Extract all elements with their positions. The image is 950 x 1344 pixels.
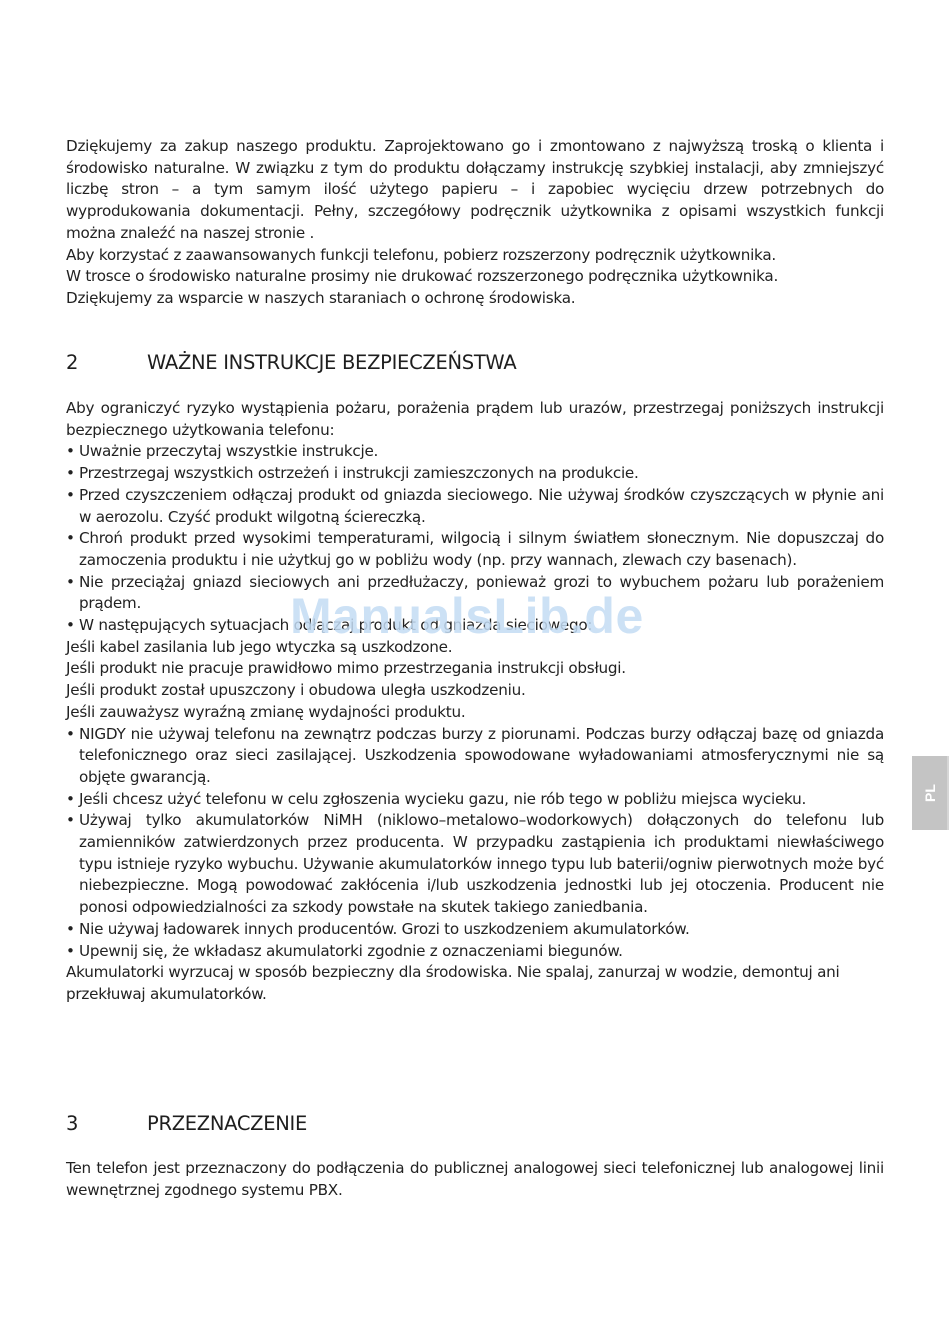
list-item: Przed czyszczeniem odłączaj produkt od g…: [66, 485, 884, 528]
list-item: Nie używaj ładowarek innych producentów.…: [66, 919, 884, 941]
intro-line: Aby korzystać z zaawansowanych funkcji t…: [66, 245, 884, 267]
safety-bullet-list-continued: NIGDY nie używaj telefonu na zewnątrz po…: [66, 724, 884, 963]
intro-paragraph: Dziękujemy za zakup naszego produktu. Za…: [66, 136, 884, 245]
sub-list-item: Jeśli kabel zasilania lub jego wtyczka s…: [66, 637, 884, 659]
list-item: NIGDY nie używaj telefonu na zewnątrz po…: [66, 724, 884, 789]
list-item: Używaj tylko akumulatorków NiMH (niklowo…: [66, 810, 884, 919]
intro-line: Dziękujemy za wsparcie w naszych starani…: [66, 288, 884, 310]
safety-section-body: Aby ograniczyć ryzyko wystąpienia pożaru…: [66, 398, 884, 1006]
purpose-section-body: Ten telefon jest przeznaczony do podłącz…: [66, 1158, 884, 1201]
list-item: W następujących sytuacjach odłączaj prod…: [66, 615, 884, 637]
sub-list-item: Jeśli produkt został upuszczony i obudow…: [66, 680, 884, 702]
sub-list-item: Jeśli zauważysz wyraźną zmianę wydajnośc…: [66, 702, 884, 724]
battery-disposal-note: Akumulatorki wyrzucaj w sposób bezpieczn…: [66, 962, 884, 1005]
section-heading-safety: 2WAŻNE INSTRUKCJE BEZPIECZEŃSTWA: [66, 351, 516, 374]
list-item: Jeśli chcesz użyć telefonu w celu zgłosz…: [66, 789, 884, 811]
safety-lead: Aby ograniczyć ryzyko wystąpienia pożaru…: [66, 398, 884, 441]
safety-bullet-list: Uważnie przeczytaj wszystkie instrukcje.…: [66, 441, 884, 636]
section-number: 3: [66, 1112, 147, 1135]
sub-list-item: Jeśli produkt nie pracuje prawidłowo mim…: [66, 658, 884, 680]
section-title: PRZEZNACZENIE: [147, 1112, 307, 1135]
list-item: Uważnie przeczytaj wszystkie instrukcje.: [66, 441, 884, 463]
section-heading-purpose: 3PRZEZNACZENIE: [66, 1112, 307, 1135]
list-item: Upewnij się, że wkładasz akumulatorki zg…: [66, 941, 884, 963]
intro-line: W trosce o środowisko naturalne prosimy …: [66, 266, 884, 288]
list-item: Chroń produkt przed wysokimi temperatura…: [66, 528, 884, 571]
purpose-paragraph: Ten telefon jest przeznaczony do podłącz…: [66, 1158, 884, 1201]
list-item: Przestrzegaj wszystkich ostrzeżeń i inst…: [66, 463, 884, 485]
unplug-situations-list: Jeśli kabel zasilania lub jego wtyczka s…: [66, 637, 884, 724]
language-tab: PL: [912, 756, 949, 830]
section-number: 2: [66, 351, 147, 374]
intro-block: Dziękujemy za zakup naszego produktu. Za…: [66, 136, 884, 310]
section-title: WAŻNE INSTRUKCJE BEZPIECZEŃSTWA: [147, 351, 516, 374]
language-tab-label: PL: [922, 784, 938, 802]
list-item: Nie przeciążaj gniazd sieciowych ani prz…: [66, 572, 884, 615]
